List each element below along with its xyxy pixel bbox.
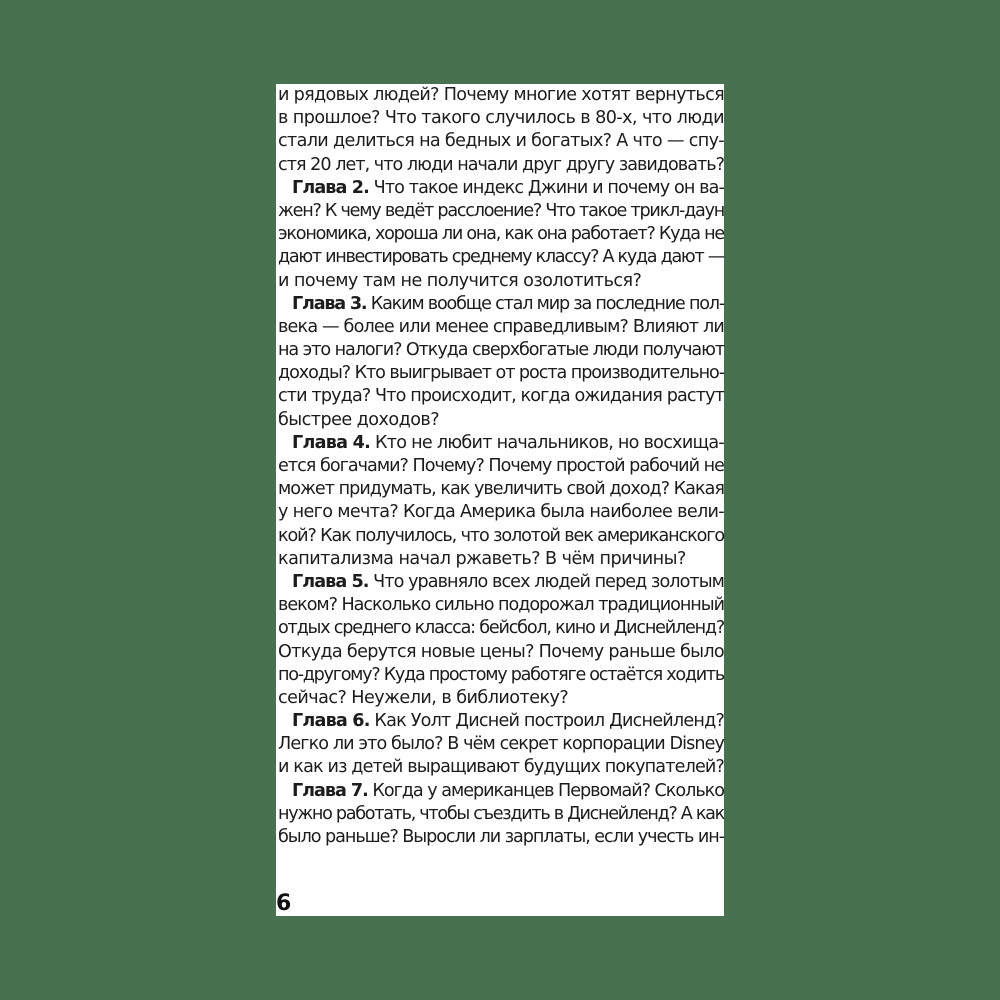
line-text: доходы? Кто выигрывает от роста производ… [278,363,724,383]
text-line: по-другому? Куда простому работяге остаё… [278,664,724,687]
line-text: стя 20 лет, что люди начали друг другу з… [278,155,724,175]
line-text: Как Уолт Дисней построил Диснейленд? [370,711,724,731]
line-text: Кто не любит начальников, но восхища- [370,433,724,453]
line-text: Откуда берутся новые цены? Почему раньше… [278,642,724,662]
line-text: сти труда? Что происходит, когда ожидани… [278,386,724,406]
line-text: ется богачами? Почему? Почему простой ра… [278,456,724,476]
chapter-label: Глава 6. [292,711,370,731]
text-line: и почему там не получится озолотиться? [278,270,724,293]
line-text: отдых среднего класса: бейсбол, кино и Д… [278,618,724,638]
line-text: и рядовых людей? Почему многие хотят вер… [278,85,724,105]
chapter-label: Глава 4. [292,433,370,453]
line-text: Что уравняло всех людей перед золотым [369,572,725,592]
text-line: и как из детей выращивают будущих покупа… [278,756,724,779]
text-line: и рядовых людей? Почему многие хотят вер… [278,84,724,107]
chapter-paragraph-start: Глава 7. Когда у американцев Первомай? С… [278,780,724,803]
text-line: Легко ли это было? В чём секрет корпорац… [278,733,724,756]
chapter-paragraph-start: Глава 6. Как Уолт Дисней построил Дисней… [278,710,724,733]
text-line: быстрее доходов? [278,409,724,432]
text-line: сейчас? Неужели, в библиотеку? [278,687,724,710]
line-text: экономика, хороша ли она, как она работа… [278,224,724,244]
line-text: в прошлое? Что такого случилось в 80-х, … [278,108,724,128]
text-line: на это налоги? Откуда сверхбогатые люди … [278,339,724,362]
text-line: Откуда берутся новые цены? Почему раньше… [278,641,724,664]
line-text: Что такое индекс Джини и почему он ва- [369,178,724,198]
text-line: веком? Насколько сильно подорожал традиц… [278,594,724,617]
page-number: 6 [276,892,291,916]
line-text: кой? Как получилось, что золотой век аме… [278,526,724,546]
text-line: века — более или менее справедливым? Вли… [278,316,724,339]
text-line: в прошлое? Что такого случилось в 80-х, … [278,107,724,130]
text-line: сти труда? Что происходит, когда ожидани… [278,385,724,408]
text-line: ется богачами? Почему? Почему простой ра… [278,455,724,478]
line-text: быстрее доходов? [278,410,439,430]
text-line: стя 20 лет, что люди начали друг другу з… [278,154,724,177]
chapter-label: Глава 3. [292,294,366,314]
book-page: и рядовых людей? Почему многие хотят вер… [276,84,724,916]
page-text: и рядовых людей? Почему многие хотят вер… [278,84,724,849]
chapter-label: Глава 5. [292,572,369,592]
text-line: жен? К чему ведёт расслоение? Что такое … [278,200,724,223]
chapter-paragraph-start: Глава 4. Кто не любит начальников, но во… [278,432,724,455]
text-line: у него мечта? Когда Америка была наиболе… [278,501,724,524]
chapter-label: Глава 2. [292,178,369,198]
line-text: стали делиться на бедных и богатых? А чт… [278,131,724,151]
text-line: было раньше? Выросли ли зарплаты, если у… [278,826,724,849]
line-text: у него мечта? Когда Америка была наиболе… [278,502,724,522]
line-text: Легко ли это было? В чём секрет корпорац… [278,734,724,754]
line-text: века — более или менее справедливым? Вли… [278,317,724,337]
line-text: и как из детей выращивают будущих покупа… [278,757,724,777]
line-text: было раньше? Выросли ли зарплаты, если у… [278,827,724,847]
line-text: веком? Насколько сильно подорожал традиц… [278,595,724,615]
text-line: может придумать, как увеличить свой дохо… [278,478,724,501]
line-text: капитализма начал ржаветь? В чём причины… [278,549,686,569]
chapter-paragraph-start: Глава 3. Каким вообще стал мир за послед… [278,293,724,316]
text-line: отдых среднего класса: бейсбол, кино и Д… [278,617,724,640]
text-line: экономика, хороша ли она, как она работа… [278,223,724,246]
line-text: жен? К чему ведёт расслоение? Что такое … [278,201,724,221]
line-text: по-другому? Куда простому работяге остаё… [278,665,724,685]
line-text: на это налоги? Откуда сверхбогатые люди … [278,340,724,360]
chapter-label: Глава 7. [292,781,368,801]
line-text: Каким вообще стал мир за последние пол- [366,294,724,314]
text-line: доходы? Кто выигрывает от роста производ… [278,362,724,385]
line-text: Когда у американцев Первомай? Сколько [368,781,724,801]
line-text: сейчас? Неужели, в библиотеку? [278,688,568,708]
chapter-paragraph-start: Глава 2. Что такое индекс Джини и почему… [278,177,724,200]
text-line: нужно работать, чтобы съездить в Диснейл… [278,803,724,826]
text-line: стали делиться на бедных и богатых? А чт… [278,130,724,153]
line-text: дают инвестировать среднему классу? А ку… [278,247,724,267]
text-line: капитализма начал ржаветь? В чём причины… [278,548,724,571]
line-text: может придумать, как увеличить свой дохо… [278,479,724,499]
chapter-paragraph-start: Глава 5. Что уравняло всех людей перед з… [278,571,724,594]
line-text: и почему там не получится озолотиться? [278,271,641,291]
text-line: кой? Как получилось, что золотой век аме… [278,525,724,548]
line-text: нужно работать, чтобы съездить в Диснейл… [278,804,724,824]
text-line: дают инвестировать среднему классу? А ку… [278,246,724,269]
